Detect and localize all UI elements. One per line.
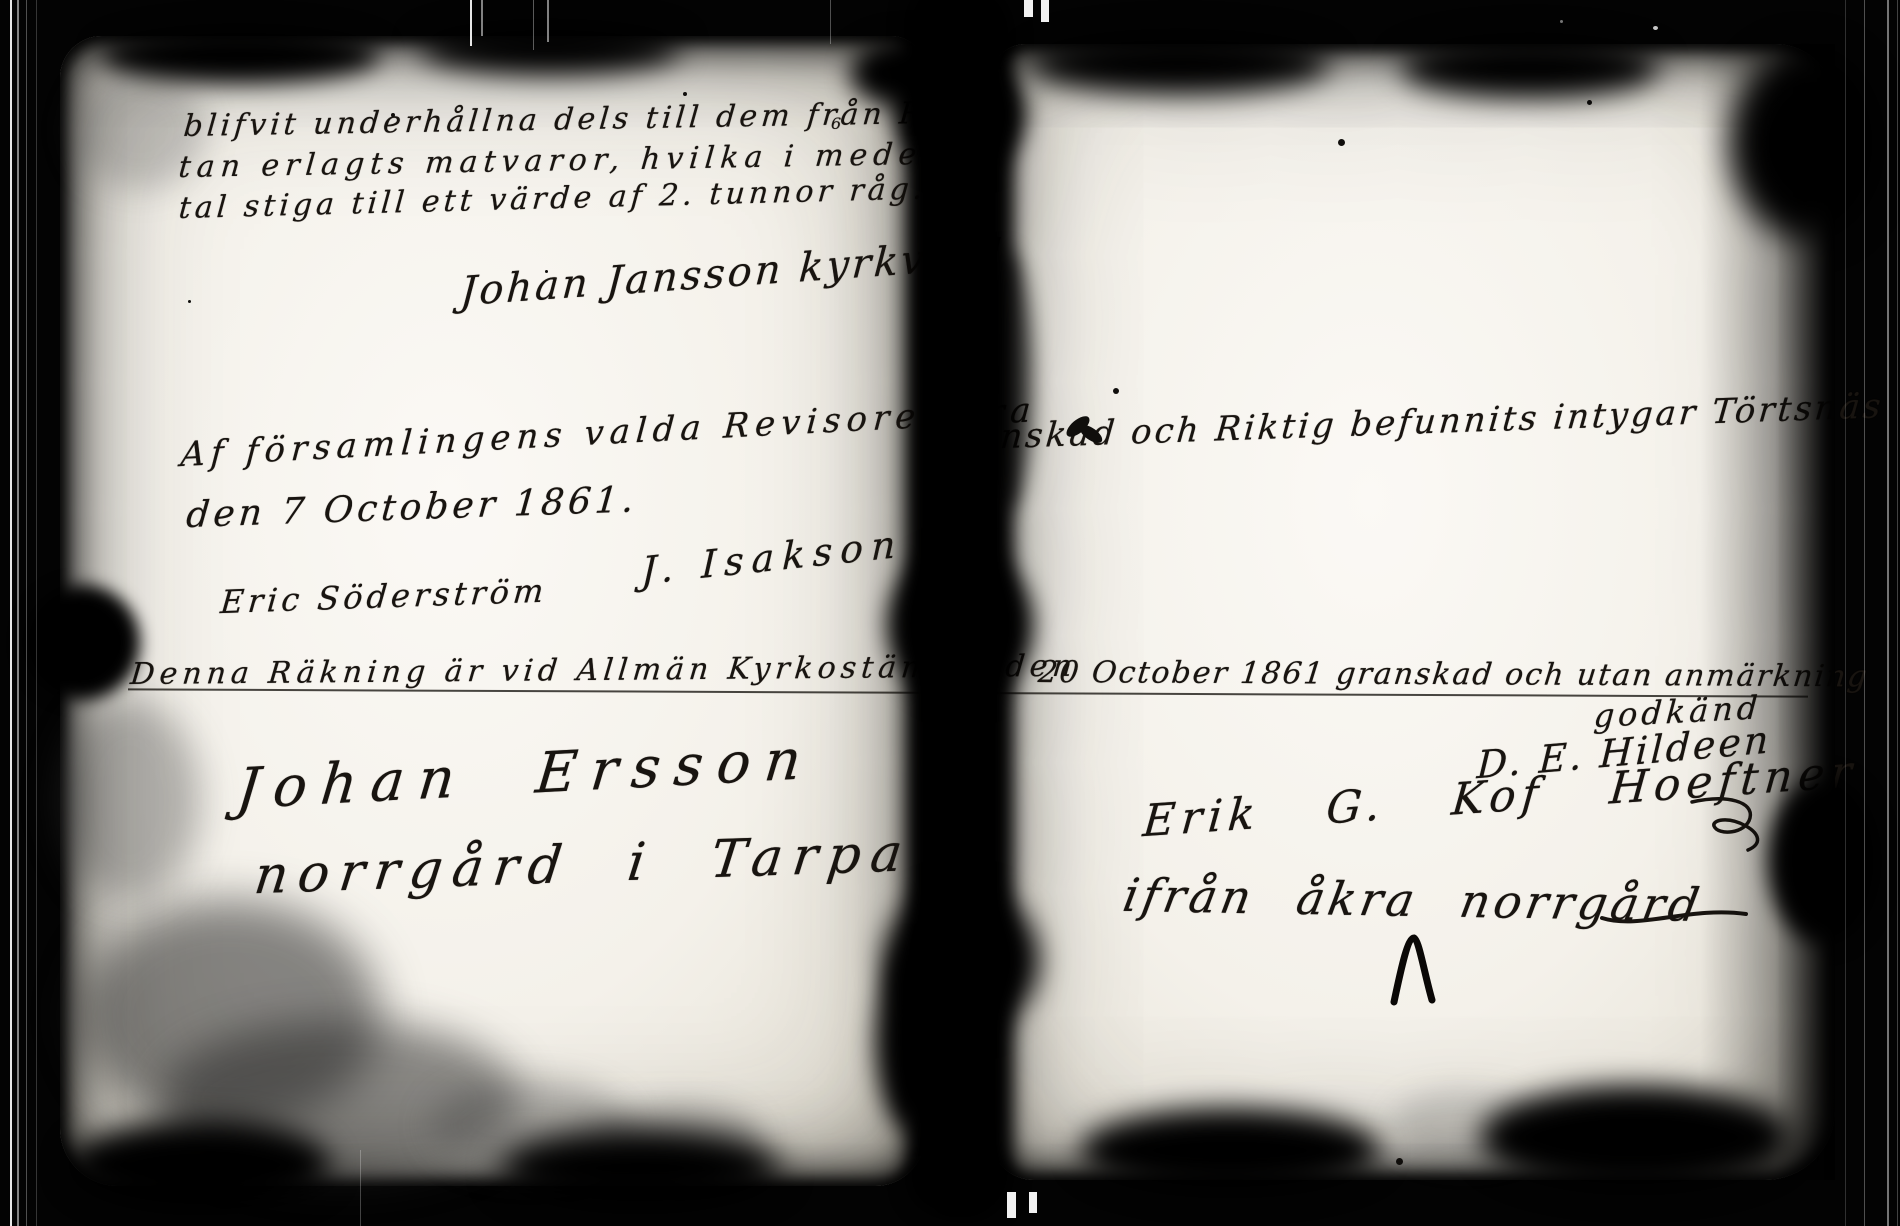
ink-speck — [1587, 100, 1592, 105]
film-frame-bar — [1041, 0, 1049, 22]
film-scratch — [547, 0, 549, 42]
edge-blotch — [850, 38, 970, 108]
edge-blotch — [1080, 1108, 1380, 1193]
edge-blotch — [982, 250, 1032, 510]
ink-speck — [683, 92, 687, 96]
edge-blotch — [1400, 38, 1660, 98]
film-frame-bar — [1024, 0, 1033, 17]
ink-speck — [545, 270, 548, 273]
dust-speck — [1560, 20, 1563, 23]
edge-blotch — [500, 1128, 780, 1208]
ink-speck — [391, 113, 395, 117]
ink-speck — [1113, 388, 1119, 394]
film-scratch — [17, 0, 19, 1226]
page-number-mark: 6 — [831, 116, 841, 132]
film-scratch — [470, 0, 472, 46]
right-edge-fade — [1700, 44, 1835, 1180]
film-scratch — [36, 0, 37, 1226]
film-frame-bar — [1007, 1192, 1016, 1218]
film-scratch — [360, 1150, 361, 1226]
edge-blotch — [100, 28, 380, 83]
edge-blotch — [420, 24, 680, 74]
film-frame-bar — [1029, 1192, 1037, 1213]
edge-blotch — [876, 950, 946, 1130]
film-scratch — [533, 0, 534, 50]
ink-speck — [1396, 1158, 1403, 1165]
film-scratch — [1845, 0, 1846, 1226]
film-scratch — [830, 0, 831, 44]
edge-blotch — [25, 585, 140, 700]
edge-blotch — [1030, 34, 1330, 94]
edge-blotch — [70, 1120, 330, 1210]
microfilm-scan: blifvit underhållna dels till dem från R… — [0, 0, 1900, 1226]
film-scratch — [1864, 0, 1865, 1226]
ink-speck — [188, 300, 191, 303]
pen-stroke-mark — [1388, 930, 1438, 1008]
film-scratch — [1887, 0, 1889, 1226]
gutter-bulge — [888, 550, 1033, 700]
film-scratch — [26, 0, 27, 1226]
film-scratch — [481, 0, 483, 36]
dust-speck — [1653, 26, 1658, 30]
film-scratch — [10, 0, 12, 1226]
ink-speck — [1338, 139, 1345, 146]
stain — [60, 700, 200, 900]
film-scratch — [1897, 0, 1898, 1226]
